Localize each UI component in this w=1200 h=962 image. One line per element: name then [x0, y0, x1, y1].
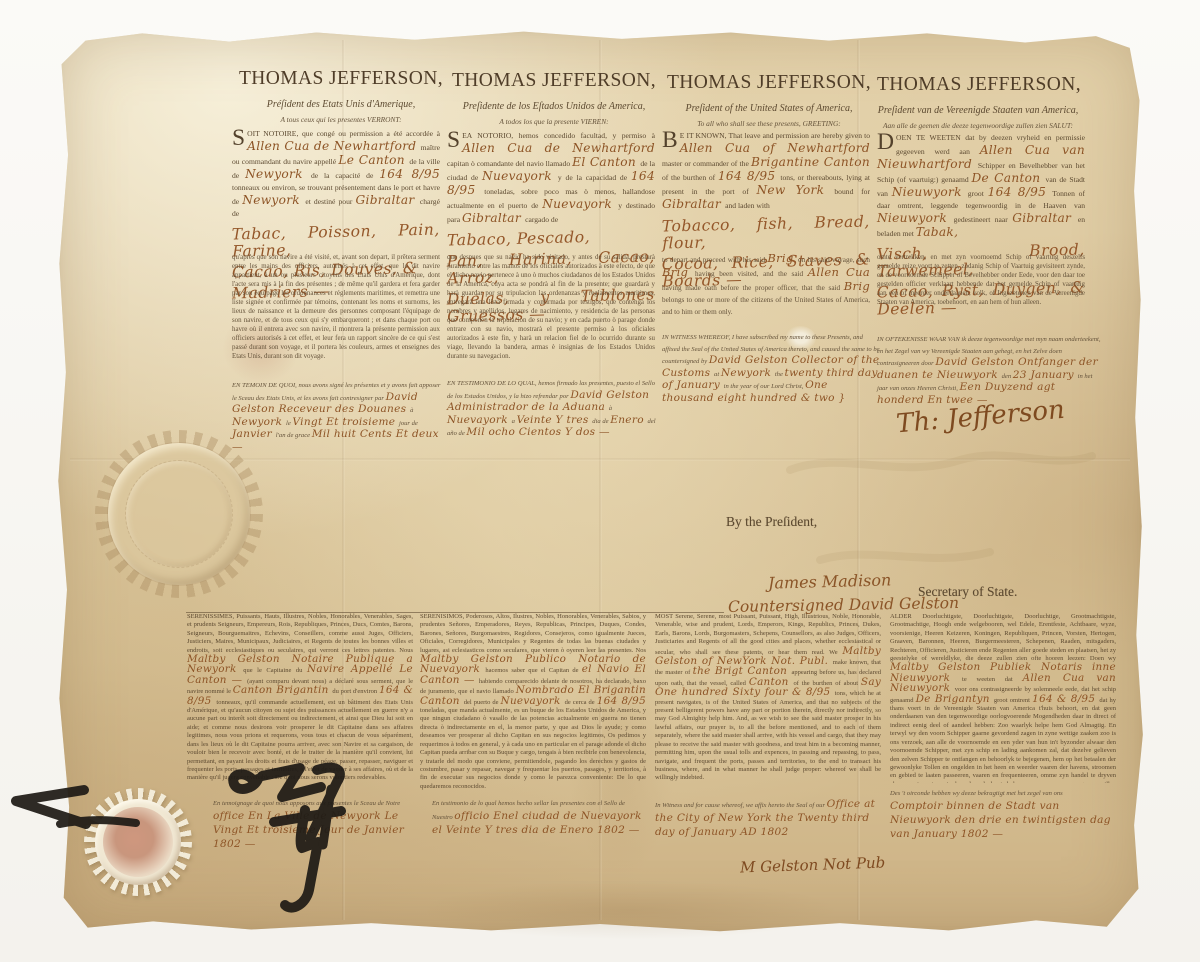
notarial-attestation-english: In Witness and for cause whereof, we aff…: [655, 798, 881, 840]
photograph-background: THOMAS JEFFERSON, THOMAS JEFFERSON, THOM…: [0, 0, 1200, 962]
attestation-spanish: EN TESTIMONIO DE LO QUAL, hemos firmado …: [447, 378, 659, 440]
salutation-french: A tous ceux qui les presentes VERRONT:: [235, 115, 447, 124]
bottom-column-english: MOST Serene, Serene, most Puissant, Puis…: [655, 613, 881, 840]
notarial-text-english: MOST Serene, Serene, most Puissant, Puis…: [655, 613, 881, 793]
subtitle-spanish: Preſidente de los Eſtados Unidos de Amer…: [448, 101, 660, 112]
notarial-wafer-seal-icon: [84, 788, 192, 896]
salutation-dutch: Aan alle de geenen die deeze tegenwoordi…: [872, 121, 1084, 130]
notarial-text-dutch: ALDER Doorluchtigste, Doorluchtigste, Do…: [890, 613, 1116, 783]
embossed-seal-motif: [125, 460, 233, 568]
wafer-seal-wax-center: [103, 807, 173, 877]
notarial-attestation-french: En temoignage de quoi nous apposons aux …: [187, 798, 413, 852]
bottom-column-french: SERENISSIMES, Puissants, Hauts, Illustre…: [187, 613, 413, 852]
notarial-text-spanish: SERENISIMOS, Poderosos, Altos, Ilustres,…: [420, 613, 646, 793]
subtitle-english: Preſident of the United States of Americ…: [663, 103, 875, 114]
header-title-dutch: THOMAS JEFFERSON,: [872, 74, 1086, 96]
header-title-english: THOMAS JEFFERSON,: [664, 72, 874, 94]
subtitle-dutch: Preſident van de Vereenigde Staaten van …: [872, 105, 1084, 116]
mid-clause-spanish: que despues que su navio ha sido visitad…: [447, 254, 655, 380]
salutation-english: To all who shall see these presents, GRE…: [663, 119, 875, 128]
salutation-spanish: A todos los que la presente VIEREN:: [448, 117, 660, 126]
mid-clause-french: qu'après que son navire a été visité, et…: [232, 254, 440, 380]
james-madison-signature: James Madison: [768, 570, 892, 592]
notarial-attestation-dutch: Des 't oirconde hebben wy deeze bekragti…: [890, 788, 1116, 842]
attestation-french: EN TEMOIN DE QUOI, nous avons signé les …: [232, 380, 444, 454]
subtitle-french: Préſident des Etats Unis d'Amerique,: [235, 99, 447, 110]
header-title-spanish: THOMAS JEFFERSON,: [449, 70, 659, 92]
notarial-attestation-spanish: En testimonio de lo qual hemos hecho sel…: [420, 798, 646, 838]
by-the-president-label: By the Preſident,: [726, 514, 817, 530]
bottom-column-spanish: SERENISIMOS, Poderosos, Altos, Ilustres,…: [420, 613, 646, 838]
embossed-great-seal-icon: [95, 430, 263, 598]
notarial-text-french: SERENISSIMES, Puissants, Hauts, Illustre…: [187, 613, 413, 793]
header-title-french: THOMAS JEFFERSON,: [236, 68, 446, 90]
attestation-dutch: IN OFTEKENISSE WAAR VAN ik deeze tegenwo…: [877, 334, 1105, 407]
attestation-english: IN WITNESS WHEREOF, I have subscribed my…: [662, 332, 880, 405]
bottom-column-dutch: ALDER Doorluchtigste, Doorluchtigste, Do…: [890, 613, 1116, 842]
